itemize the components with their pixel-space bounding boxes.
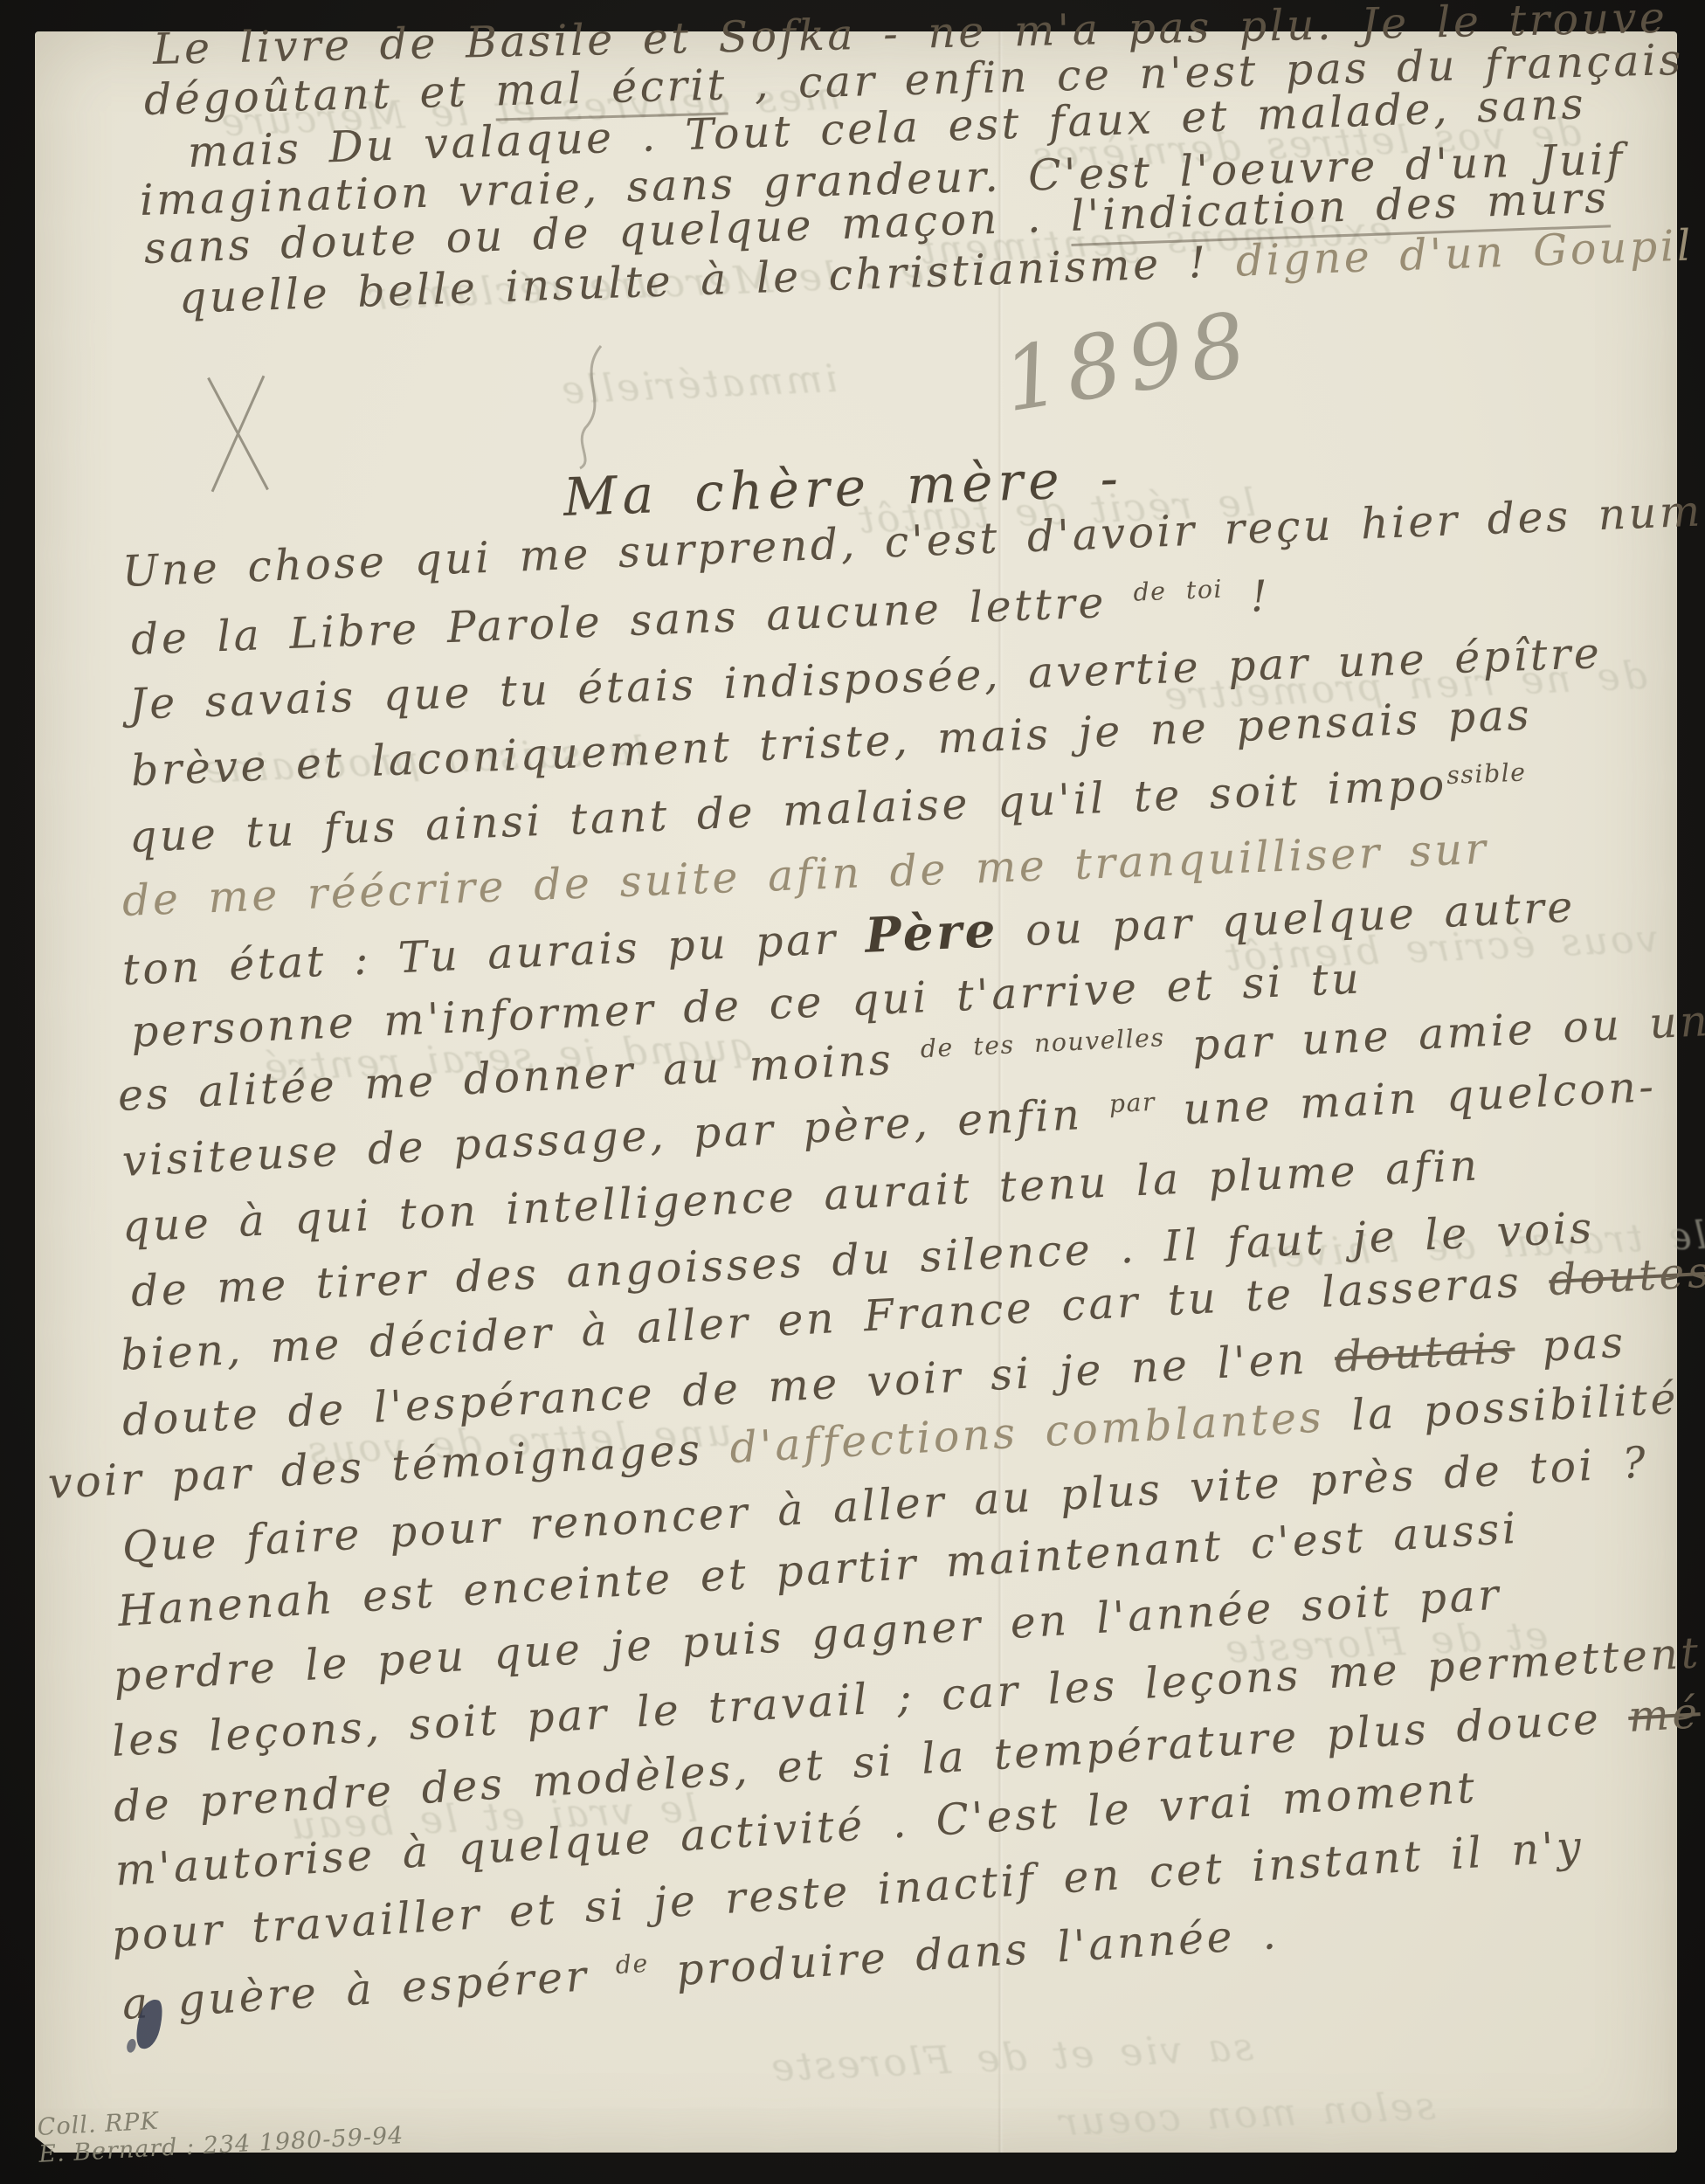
x-mark-annotation — [197, 376, 280, 494]
pen-flourish — [559, 341, 620, 472]
verso-bleedthrough: sa vie et de Floreste — [768, 2025, 1254, 2091]
line-segment: la possibilité . — [1323, 1372, 1705, 1442]
date-annotation: 1898 — [997, 292, 1260, 432]
struck-word: doutes — [1548, 1248, 1705, 1306]
line-segment: ! — [1222, 571, 1271, 623]
collection-stamp: Coll. RPK E. Bernard : 234 1980-59-94 — [37, 2095, 404, 2168]
interlinear-insertion: de toi — [1133, 575, 1224, 607]
verso-bleedthrough: selon mon coeur — [1056, 2084, 1436, 2146]
interlinear-insertion: ssible — [1446, 757, 1528, 790]
interlinear-insertion: de tes nouvelles — [920, 1023, 1165, 1063]
struck-word: mé — [1627, 1688, 1702, 1742]
line-segment: dégoûtant et — [143, 66, 496, 125]
struck-word: doutais — [1333, 1323, 1515, 1382]
interlinear-insertion: de — [615, 1949, 650, 1980]
line-segment: a guère à espérer — [121, 1949, 618, 2028]
emphasized-word: Père — [864, 901, 999, 964]
line-segment: pas — [1514, 1317, 1627, 1373]
scanned-letter-photograph: { "page": { "date": "1898", "salutation"… — [0, 0, 1705, 2184]
line-segment: une main quelcon- — [1155, 1061, 1658, 1136]
interlinear-insertion: par — [1108, 1088, 1156, 1119]
letter-content: mes oeuvres et le Mercure de vos lettres… — [0, 0, 1705, 2184]
